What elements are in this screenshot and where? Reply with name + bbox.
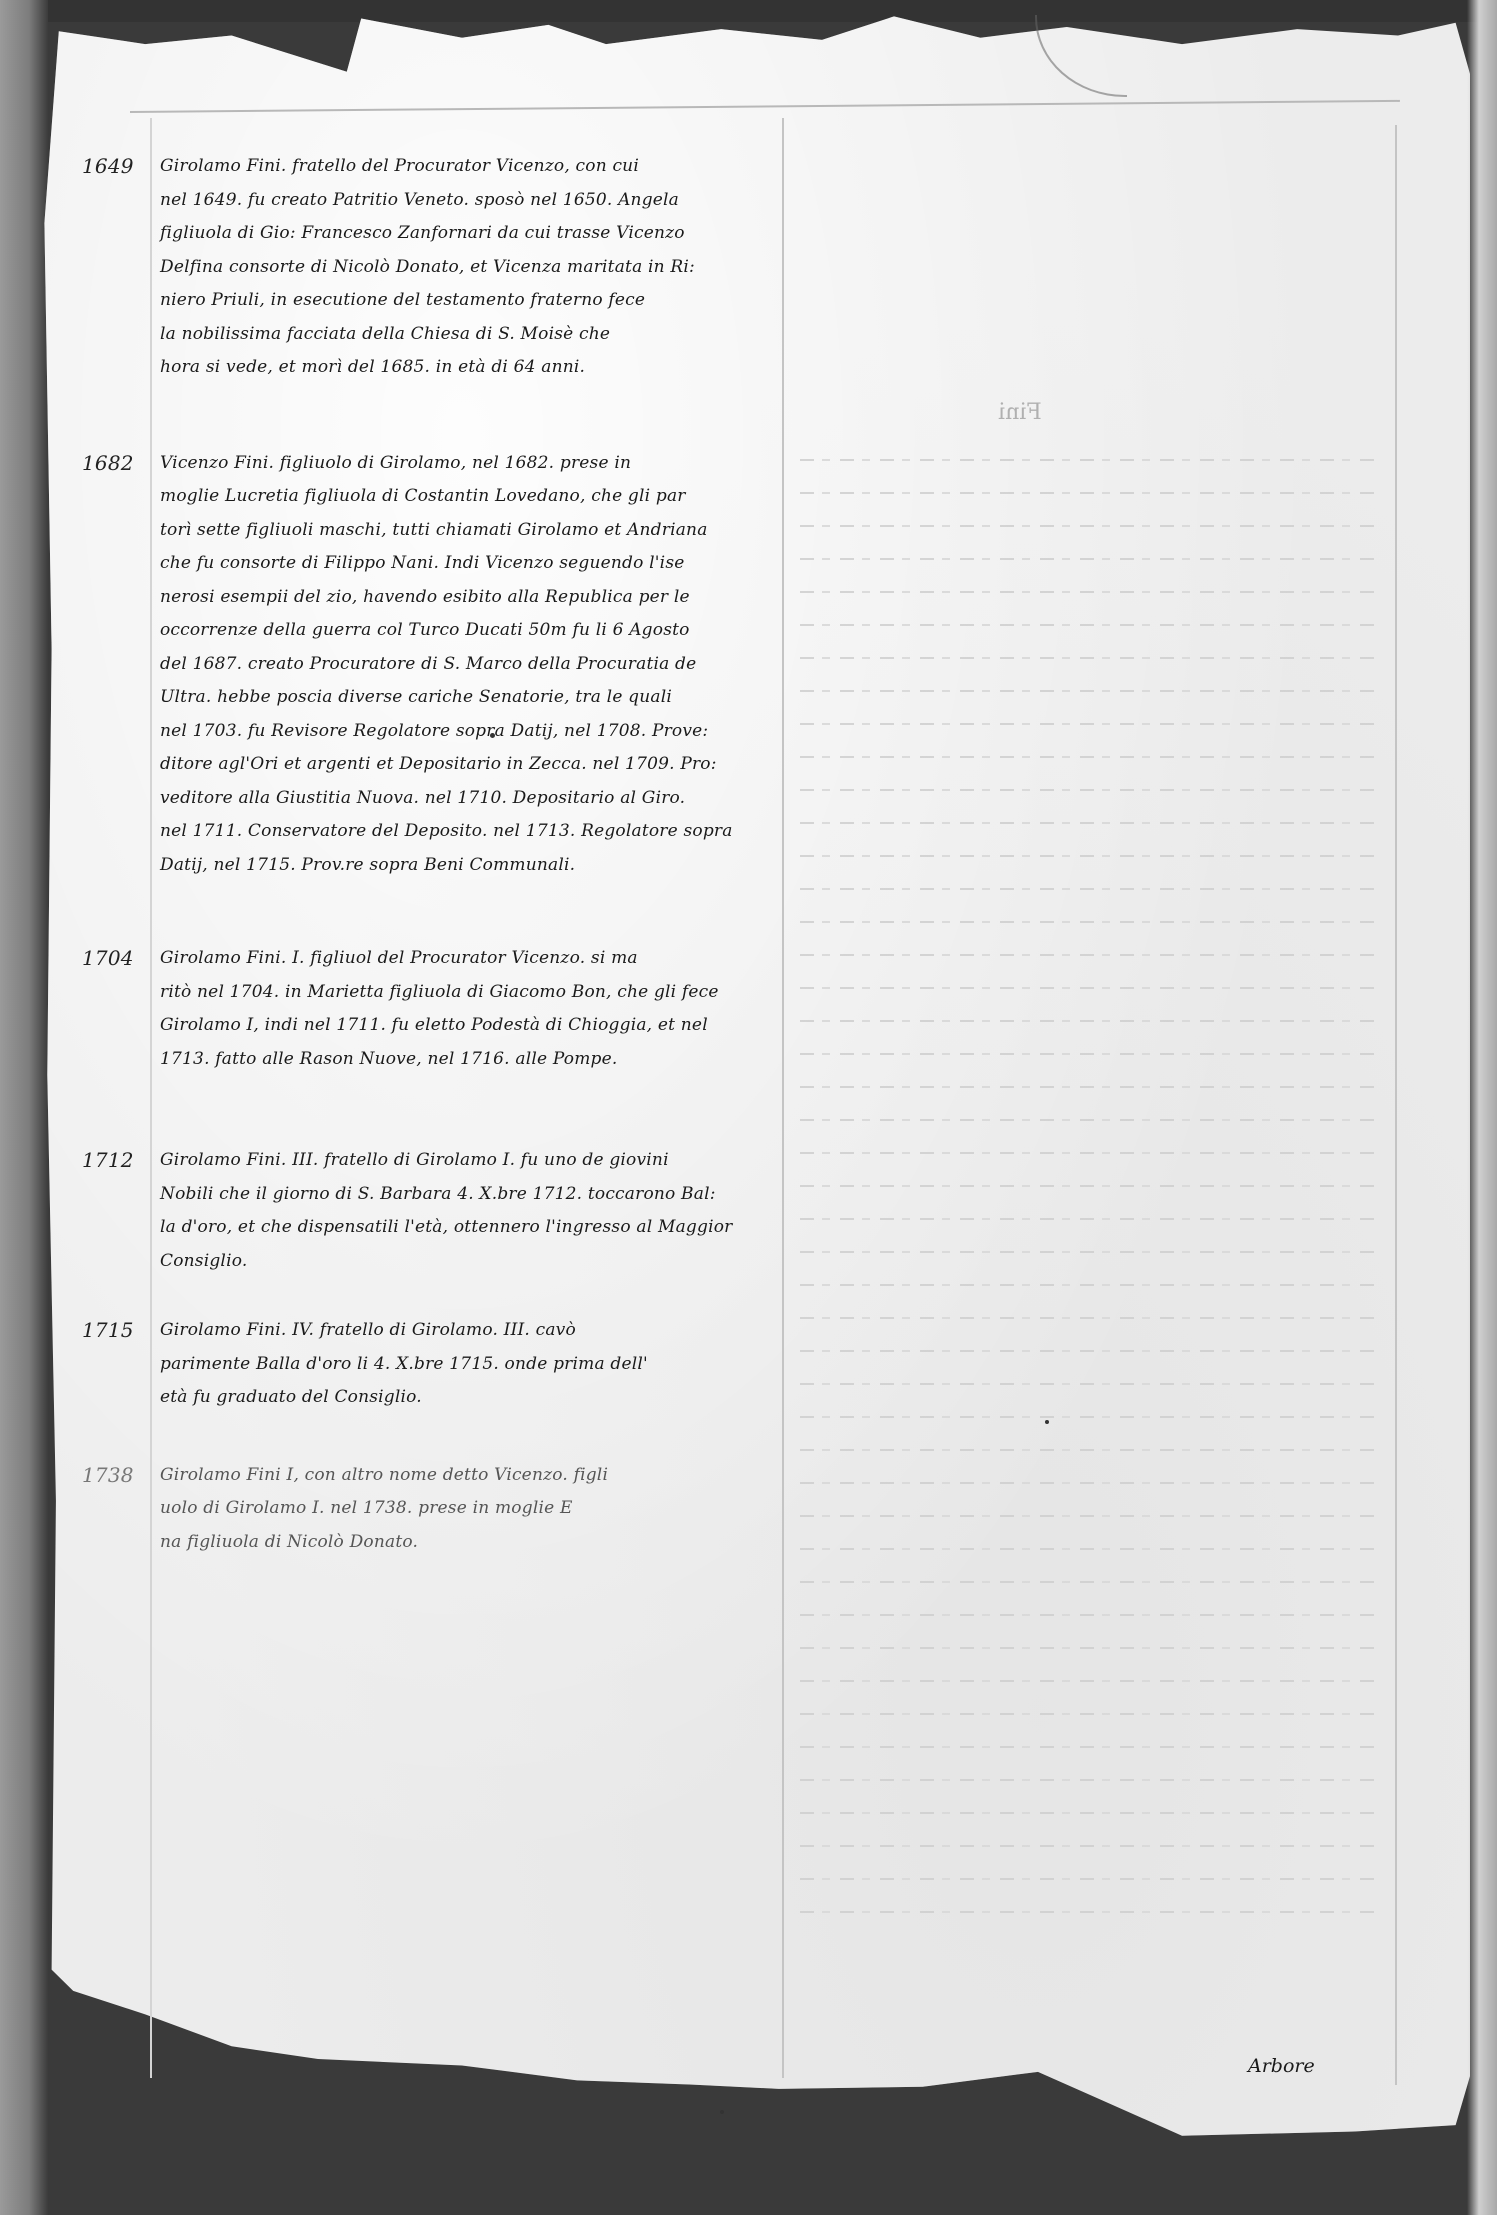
page-edge-shadow [1467,0,1497,2215]
bleed-through-line [800,459,1380,461]
bleed-through-line [800,1020,1380,1022]
genealogy-entries: 1649 Girolamo Fini. fratello del Procura… [82,150,742,1559]
bleed-through-line [800,987,1380,989]
bleed-through-line [800,1416,1380,1418]
entry-text: Girolamo Fini I, con altro nome detto Vi… [160,1459,742,1560]
bleed-through-line [800,1779,1380,1781]
bleed-through-line [800,723,1380,725]
ink-speck [720,2110,724,2114]
bleed-through-line [800,1284,1380,1286]
bleed-through-line [800,1845,1380,1847]
column-divider-rule [782,118,784,2078]
ink-speck [490,733,495,738]
bleed-through-line [800,1053,1380,1055]
bleed-through-line [800,1383,1380,1385]
bleed-through-line [800,1218,1380,1220]
bleed-through-line [800,1251,1380,1253]
bleed-through-line [800,1878,1380,1880]
entry-1649: 1649 Girolamo Fini. fratello del Procura… [82,150,742,385]
bleed-through-line [800,624,1380,626]
entry-text: Vicenzo Fini. figliuolo di Girolamo, nel… [160,447,742,883]
ink-speck [1045,1420,1049,1424]
bleed-through-line [800,1086,1380,1088]
bleed-through-line [800,1548,1380,1550]
entry-1682: 1682 Vicenzo Fini. figliuolo di Girolamo… [82,447,742,883]
bleed-through-line [800,1515,1380,1517]
bleed-through-line [800,1119,1380,1121]
entry-1715: 1715 Girolamo Fini. IV. fratello di Giro… [82,1314,742,1415]
bleed-through-line [800,921,1380,923]
entry-1712: 1712 Girolamo Fini. III. fratello di Gir… [82,1144,742,1278]
entry-year: 1738 [82,1459,158,1493]
bleed-through-line [800,1911,1380,1913]
bleed-through-line [800,954,1380,956]
bleed-through-line [800,591,1380,593]
bleed-through-line [800,822,1380,824]
bleed-through-line [800,1713,1380,1715]
footer-label-arbore: Arbore [1248,2055,1315,2077]
bleed-through-line [800,1185,1380,1187]
bleed-through-line [800,1812,1380,1814]
entry-text: Girolamo Fini. IV. fratello di Girolamo.… [160,1314,742,1415]
bleed-through-line [800,492,1380,494]
entry-year: 1712 [82,1144,158,1178]
bleed-through-line [800,1350,1380,1352]
bleed-through-column: Fini [800,400,1380,1944]
bleed-through-line [800,1317,1380,1319]
bleed-through-line [800,789,1380,791]
bleed-through-line [800,1581,1380,1583]
bleed-through-line [800,888,1380,890]
bleed-through-line [800,558,1380,560]
entry-year: 1649 [82,150,158,184]
bleed-through-line [800,1746,1380,1748]
bleed-through-line [800,756,1380,758]
bleed-through-line [800,1482,1380,1484]
entry-text: Girolamo Fini. I. figliuol del Procurato… [160,942,742,1076]
bleed-through-line [800,525,1380,527]
entry-year: 1704 [82,942,158,976]
bleed-through-line [800,1449,1380,1451]
bleed-through-heading: Fini [920,400,1120,425]
entry-year: 1682 [82,447,158,481]
bleed-through-line [800,855,1380,857]
entry-1704: 1704 Girolamo Fini. I. figliuol del Proc… [82,942,742,1076]
entry-text: Girolamo Fini. III. fratello di Girolamo… [160,1144,742,1278]
right-margin-rule [1395,125,1397,2085]
bleed-through-line [800,1647,1380,1649]
bleed-through-line [800,1152,1380,1154]
scan-background-left [0,0,48,2215]
bleed-through-line [800,1680,1380,1682]
bleed-through-line [800,690,1380,692]
entry-1738: 1738 Girolamo Fini I, con altro nome det… [82,1459,742,1560]
bleed-through-line [800,657,1380,659]
entry-year: 1715 [82,1314,158,1348]
entry-text: Girolamo Fini. fratello del Procurator V… [160,150,742,385]
scan-background-top [48,0,1497,22]
bleed-through-line [800,1614,1380,1616]
